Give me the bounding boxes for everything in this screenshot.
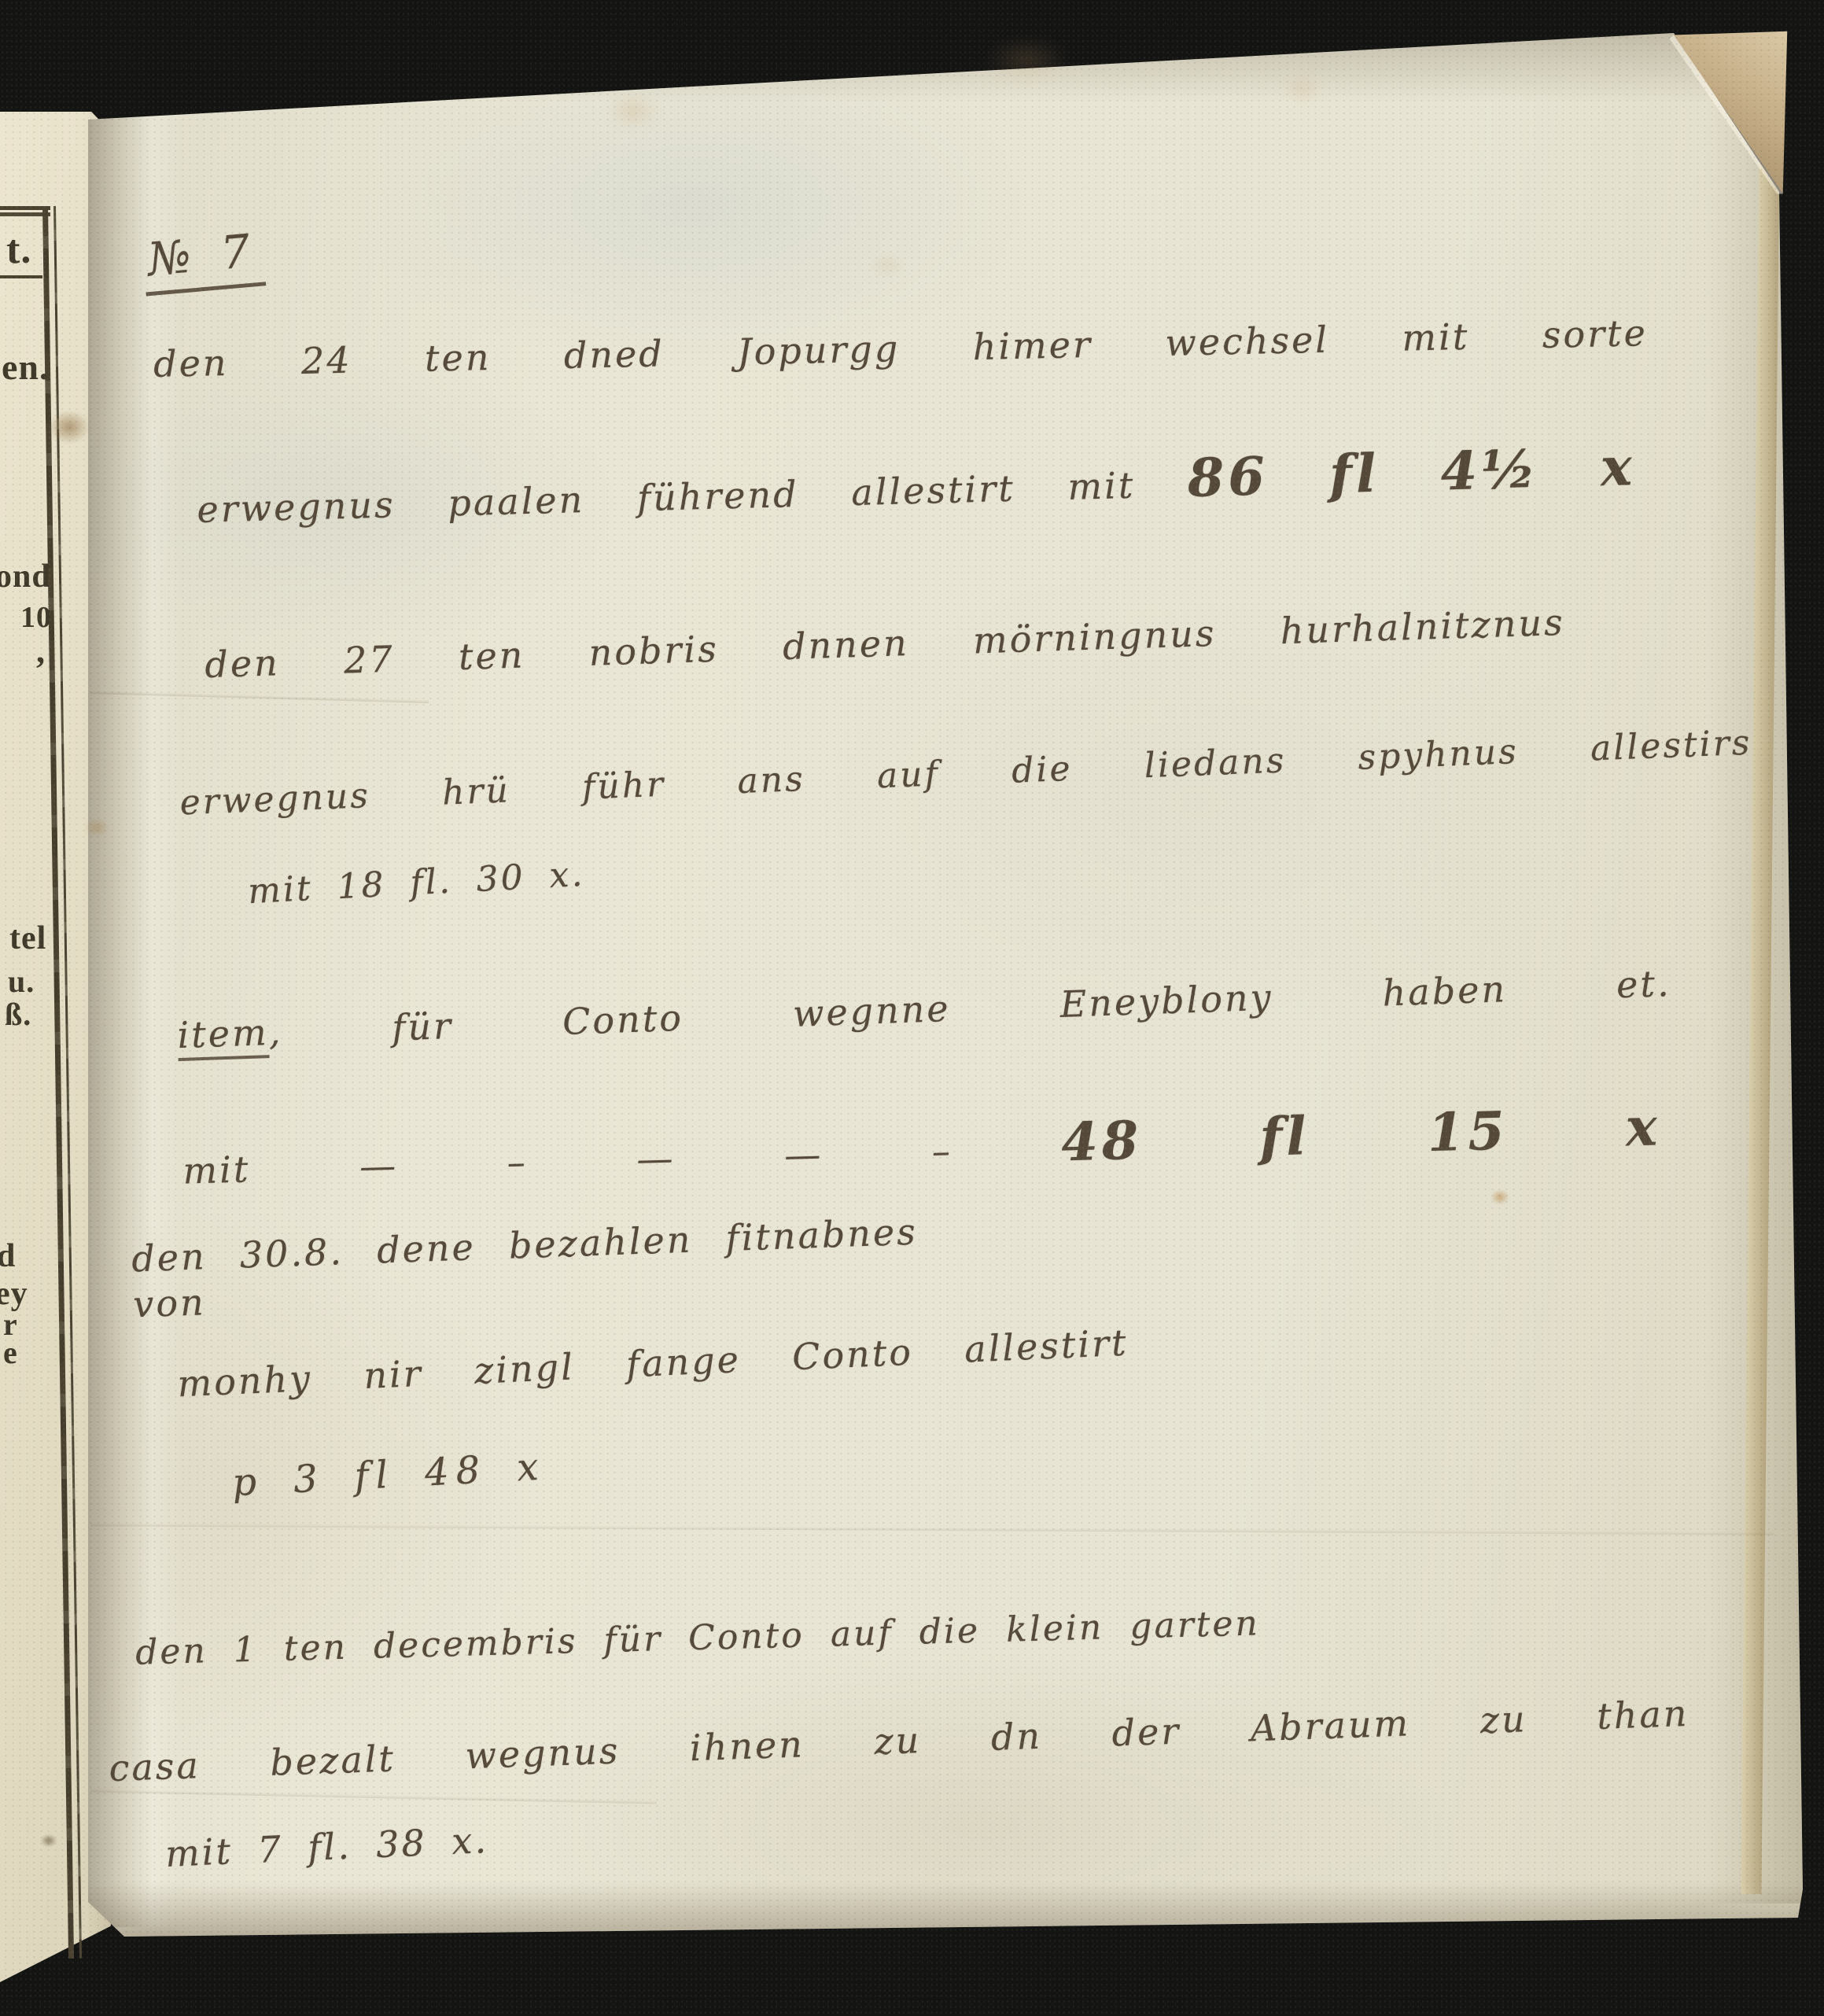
line-text: erwegnus hrü führ ans auf die liedans sp… — [179, 723, 1752, 824]
manuscript-line: den 24 ten dned Jopurgg himer wechsel mi… — [153, 311, 1649, 387]
line-text: erwegnus paalen führend allestirt mit — [197, 464, 1136, 531]
manuscript-line: mit 7 fl. 38 x. — [164, 1818, 489, 1877]
manuscript-line: den 30.8. dene bezahlen fitnabnes von — [131, 1210, 919, 1328]
line-text: mit — – — — – — [182, 1130, 953, 1192]
amount: 48 fl 15 x — [1060, 1095, 1661, 1173]
printed-fragment: d — [0, 1240, 16, 1273]
page-fore-edge — [1741, 44, 1781, 1894]
line-text: den 24 ten dned Jopurgg himer wechsel mi… — [153, 311, 1649, 385]
manuscript-line: erwegnus hrü führ ans auf die liedans sp… — [179, 721, 1753, 825]
line-text: mit 7 fl. 38 x. — [164, 1819, 489, 1875]
line-text: den 30.8. dene bezahlen fitnabnes von — [131, 1211, 918, 1325]
line-text: monhy nir zingl fange Conto allestirt — [176, 1321, 1129, 1406]
line-text: mit 18 fl. 30 x. — [247, 854, 586, 912]
line-text: den 27 ten nobris dnnen mörningnus hurha… — [205, 601, 1566, 686]
paper-crease — [90, 1789, 657, 1804]
right-edge-shadow — [1707, 31, 1805, 1904]
printed-fragment: ond — [0, 560, 51, 593]
printed-fragment: u. — [8, 966, 35, 997]
page-number-mark: № 7 — [141, 221, 267, 296]
printed-fragment: 10 — [20, 603, 52, 632]
bottom-edge-shadow — [87, 1881, 1801, 1938]
printed-fragment: t. — [6, 230, 31, 271]
underlined-word: item — [177, 1011, 270, 1061]
manuscript-line: item, für Conto wegnne Eneyblony haben e… — [177, 961, 1672, 1059]
printed-fragment: en. — [2, 349, 50, 385]
printed-fragment: , — [36, 634, 46, 669]
line-text: p 3 fl 48 x — [231, 1445, 547, 1506]
manuscript-line: erwegnus paalen führend allestirt mit 86… — [196, 433, 1637, 536]
manuscript-line: den 1 ten decembris für Conto auf die kl… — [135, 1601, 1261, 1674]
manuscript-line: p 3 fl 48 x — [231, 1443, 547, 1507]
line-text: , für Conto wegnne Eneyblony haben et. — [268, 962, 1672, 1053]
printed-fragment: ß. — [5, 999, 31, 1030]
manuscript-line: den 27 ten nobris dnnen mörningnus hurha… — [205, 600, 1566, 688]
printed-fragment: ey — [0, 1277, 28, 1310]
printed-fragment: e — [3, 1337, 18, 1369]
manuscript-line: monhy nir zingl fange Conto allestirt — [176, 1321, 1129, 1407]
top-edge-shadow — [79, 24, 1793, 102]
manuscript-line: mit 18 fl. 30 x. — [247, 853, 586, 913]
paper-crease — [90, 1523, 1774, 1535]
amount: 86 fl 4½ x — [1187, 435, 1637, 509]
printed-header-underline — [0, 275, 42, 278]
manuscript-page: № 7 den 24 ten dned Jopurgg himer wechse… — [0, 0, 1824, 2016]
line-text: casa bezalt wegnus ihnen zu dn der Abrau… — [109, 1692, 1690, 1789]
printed-fragment: tel — [9, 922, 46, 955]
line-text: den 1 ten decembris für Conto auf die kl… — [135, 1603, 1261, 1672]
manuscript-photo: t. en. ond 10 , tel u. ß. d ey r e № 7 d… — [0, 0, 1824, 2016]
manuscript-line: mit — – — — – 48 fl 15 x — [182, 1093, 1662, 1198]
paper-crease — [90, 691, 429, 703]
manuscript-line: casa bezalt wegnus ihnen zu dn der Abrau… — [109, 1691, 1690, 1792]
